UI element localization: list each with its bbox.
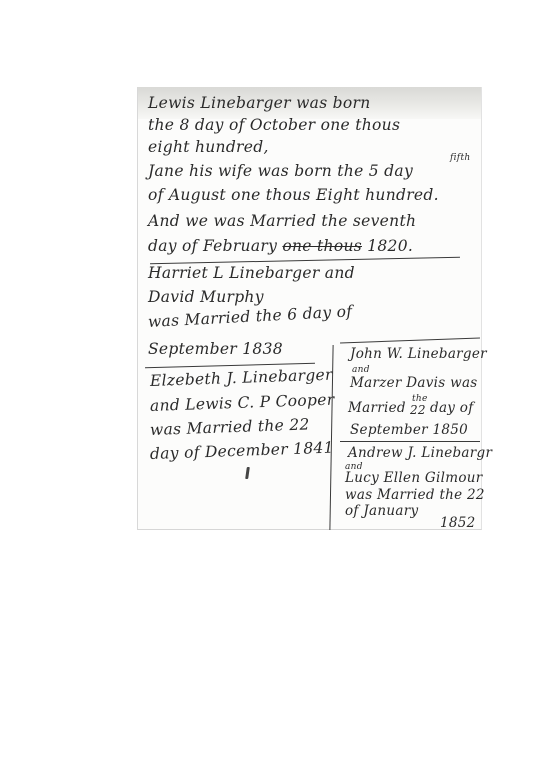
section-divider xyxy=(340,441,480,442)
record-line: and xyxy=(352,365,370,375)
record-day: 22 xyxy=(410,403,426,417)
record-line: Jane his wife was born the 5 day xyxy=(148,162,413,180)
record-line: day of February one thous 1820. xyxy=(148,237,413,255)
superscript-note: fifth xyxy=(450,153,470,163)
record-line: Lewis Linebarger was born xyxy=(148,94,371,112)
record-line: was Married the 22 xyxy=(345,487,485,503)
record-line: David Murphy xyxy=(148,288,264,306)
record-line: September 1850 xyxy=(350,422,468,438)
record-line: the 8 day of October one thous xyxy=(148,116,400,134)
record-line: day of xyxy=(430,400,474,416)
record-line: Lucy Ellen Gilmour xyxy=(345,470,483,486)
record-line: eight hundred, xyxy=(148,138,269,156)
record-text: day of February xyxy=(148,237,277,255)
record-line: John W. Linebarger xyxy=(350,346,487,362)
record-line: of January xyxy=(345,503,418,519)
record-line: Marzer Davis was xyxy=(350,375,478,391)
record-year: 1820. xyxy=(367,237,413,255)
struck-text: one thous xyxy=(282,237,362,255)
record-line: And we was Married the seventh xyxy=(148,212,416,230)
record-line: Married xyxy=(348,400,406,416)
record-line: of August one thous Eight hundred. xyxy=(148,186,439,204)
record-line: September 1838 xyxy=(148,340,283,358)
record-line: Andrew J. Linebargr xyxy=(348,445,492,461)
record-year: 1852 xyxy=(440,515,476,531)
record-line: Harriet L Linebarger and xyxy=(148,264,355,282)
